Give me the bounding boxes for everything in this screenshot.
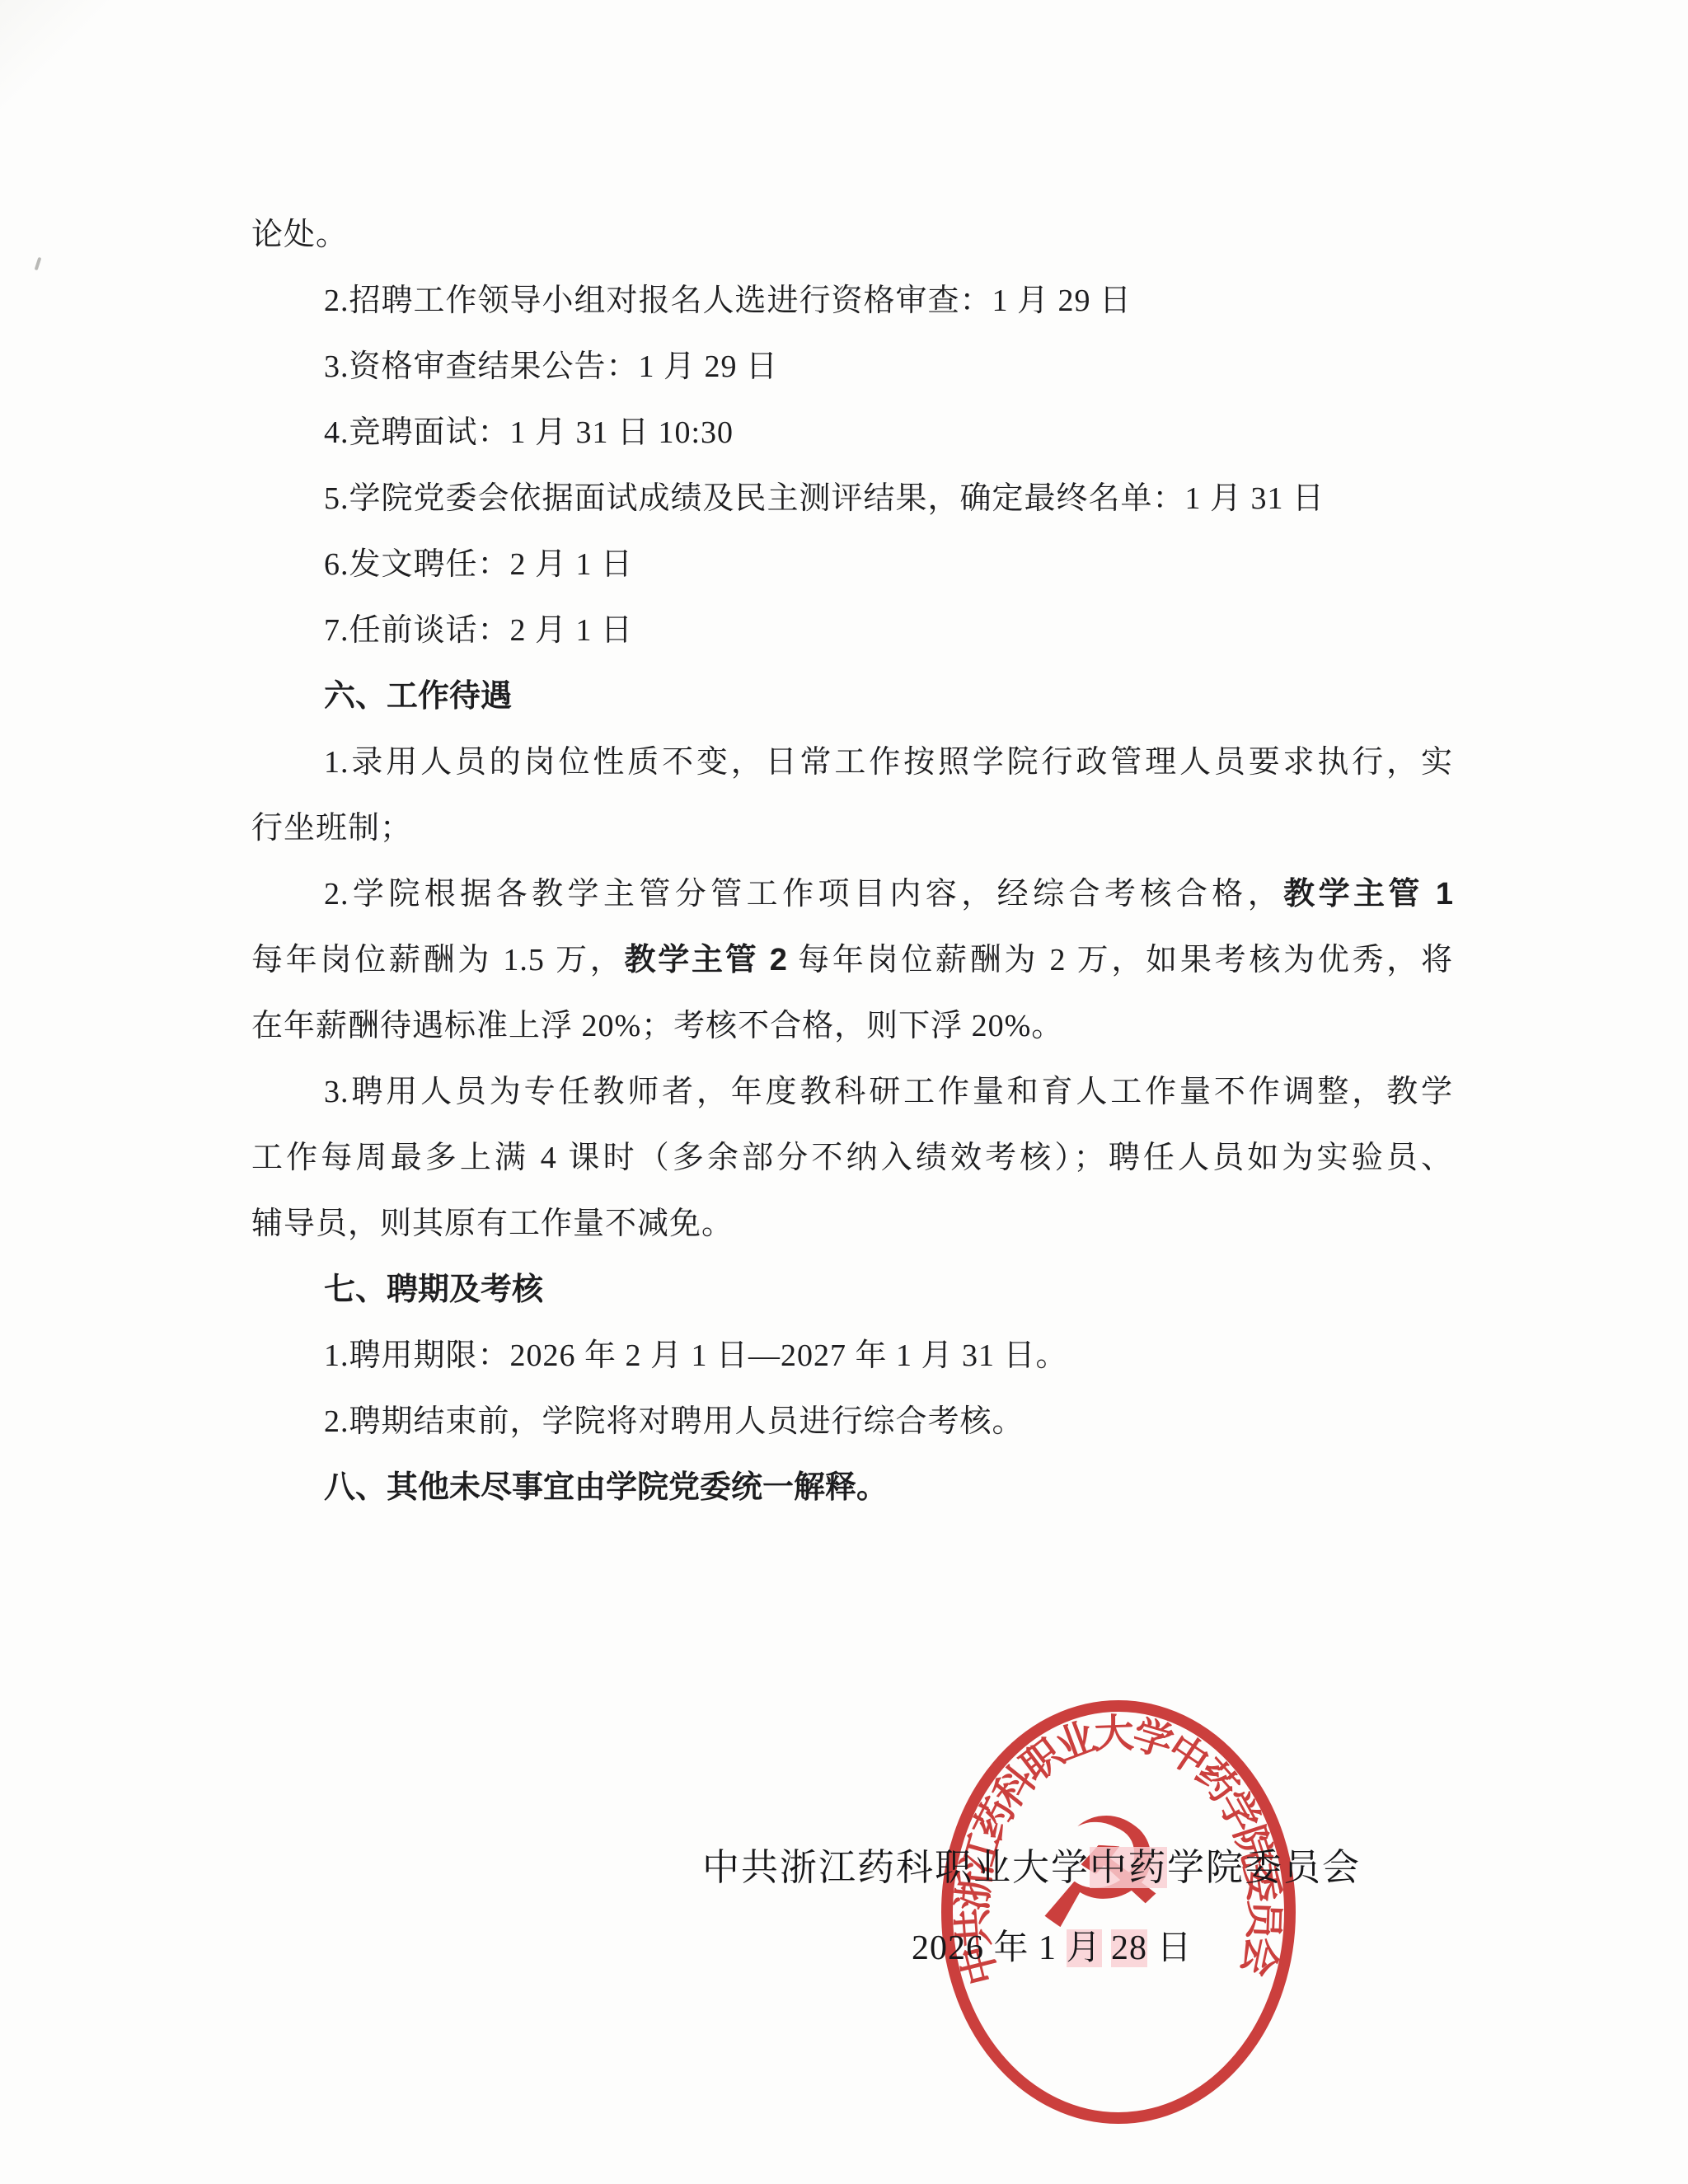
text-segment: 每年岗位薪酬为 2 万，如果考核为优秀，将 — [787, 943, 1453, 977]
body-line-11: 2.学院根据各教学主管分管工作项目内容，经综合考核合格，教学主管 1 — [251, 861, 1453, 927]
text-segment: 7.任前谈话：2 月 1 日 — [324, 613, 633, 648]
bold-text-segment: 教学主管 1 — [1283, 877, 1453, 912]
body-line-10: 行坐班制； — [251, 795, 1453, 861]
text-segment: 每年岗位薪酬为 1.5 万， — [251, 943, 625, 977]
body-line-16: 辅导员，则其原有工作量不减免。 — [251, 1191, 1453, 1257]
body-line-12: 每年岗位薪酬为 1.5 万，教学主管 2 每年岗位薪酬为 2 万，如果考核为优秀… — [251, 927, 1453, 993]
body-line-4: 4.竞聘面试：1 月 31 日 10:30 — [251, 400, 1453, 466]
signature-segment-patched: 中药 — [1090, 1847, 1167, 1888]
text-segment: 5.学院党委会依据面试成绩及民主测评结果，确定最终名单：1 月 31 日 — [324, 481, 1325, 516]
bold-text-segment: 教学主管 2 — [625, 943, 787, 977]
scanned-document-page: { "page": { "width": 2048, "height": 265… — [0, 0, 1688, 2184]
text-segment: 辅导员，则其原有工作量不减免。 — [251, 1207, 734, 1241]
body-line-5: 5.学院党委会依据面试成绩及民主测评结果，确定最终名单：1 月 31 日 — [251, 466, 1453, 532]
body-line-18: 1.聘用期限：2026 年 2 月 1 日—2027 年 1 月 31 日。 — [251, 1323, 1453, 1389]
bold-text-segment: 八、其他未尽事宜由学院党委统一解释。 — [324, 1470, 888, 1505]
body-line-19: 2.聘期结束前，学院将对聘用人员进行综合考核。 — [251, 1389, 1453, 1455]
date-segment: 日 — [1147, 1929, 1193, 1967]
text-segment: 6.发文聘任：2 月 1 日 — [324, 547, 633, 582]
body-line-13: 在年薪酬待遇标准上浮 20%；考核不合格，则下浮 20%。 — [251, 993, 1453, 1059]
signature-committee-name: 中共浙江药科职业大学中药学院委员会 — [702, 1846, 1361, 1889]
body-line-20: 八、其他未尽事宜由学院党委统一解释。 — [251, 1455, 1453, 1521]
bold-text-segment: 七、聘期及考核 — [324, 1272, 543, 1307]
text-segment: 2.聘期结束前，学院将对聘用人员进行综合考核。 — [324, 1404, 1025, 1439]
document-date: 2026 年 1 月 28 日 — [912, 1929, 1193, 1968]
body-line-2: 2.招聘工作领导小组对报名人选进行资格审查：1 月 29 日 — [251, 268, 1453, 334]
document-body: 论处。2.招聘工作领导小组对报名人选进行资格审查：1 月 29 日3.资格审查结… — [251, 202, 1453, 1521]
date-segment-patched: 月 — [1067, 1929, 1102, 1967]
text-segment: 2.招聘工作领导小组对报名人选进行资格审查：1 月 29 日 — [324, 284, 1132, 318]
date-segment-patched: 28 — [1111, 1929, 1147, 1967]
signature-segment: 中共浙江药科职业大学 — [702, 1847, 1090, 1888]
body-line-7: 7.任前谈话：2 月 1 日 — [251, 598, 1453, 663]
text-segment: 1.聘用期限：2026 年 2 月 1 日—2027 年 1 月 31 日。 — [324, 1338, 1068, 1373]
date-segment: 2026 年 1 — [912, 1929, 1067, 1967]
text-segment: 在年薪酬待遇标准上浮 20%；考核不合格，则下浮 20%。 — [251, 1009, 1063, 1043]
text-segment: 行坐班制； — [251, 811, 412, 846]
body-line-15: 工作每周最多上满 4 课时（多余部分不纳入绩效考核）；聘任人员如为实验员、 — [251, 1125, 1453, 1191]
text-segment: 论处。 — [251, 218, 348, 252]
body-line-14: 3.聘用人员为专任教师者，年度教科研工作量和育人工作量不作调整，教学 — [251, 1059, 1453, 1125]
text-segment: 4.竞聘面试：1 月 31 日 10:30 — [324, 415, 734, 450]
text-segment: 3.聘用人员为专任教师者，年度教科研工作量和育人工作量不作调整，教学 — [324, 1075, 1453, 1109]
text-segment: 工作每周最多上满 4 课时（多余部分不纳入绩效考核）；聘任人员如为实验员、 — [251, 1141, 1453, 1175]
text-segment: 1.录用人员的岗位性质不变，日常工作按照学院行政管理人员要求执行，实 — [324, 745, 1453, 780]
body-line-3: 3.资格审查结果公告：1 月 29 日 — [251, 334, 1453, 400]
body-line-17: 七、聘期及考核 — [251, 1257, 1453, 1323]
body-line-6: 6.发文聘任：2 月 1 日 — [251, 532, 1453, 598]
date-segment — [1102, 1929, 1112, 1967]
body-line-8: 六、工作待遇 — [251, 663, 1453, 729]
text-segment: 2.学院根据各教学主管分管工作项目内容，经综合考核合格， — [324, 877, 1283, 912]
signature-segment: 学院委员会 — [1167, 1847, 1361, 1888]
body-line-1: 论处。 — [251, 202, 1453, 268]
body-line-9: 1.录用人员的岗位性质不变，日常工作按照学院行政管理人员要求执行，实 — [251, 729, 1453, 795]
text-segment: 3.资格审查结果公告：1 月 29 日 — [324, 349, 778, 384]
bold-text-segment: 六、工作待遇 — [324, 679, 512, 714]
official-seal: 中共浙江药科职业大学中药学院委员会 ☭ — [935, 1694, 1301, 2130]
